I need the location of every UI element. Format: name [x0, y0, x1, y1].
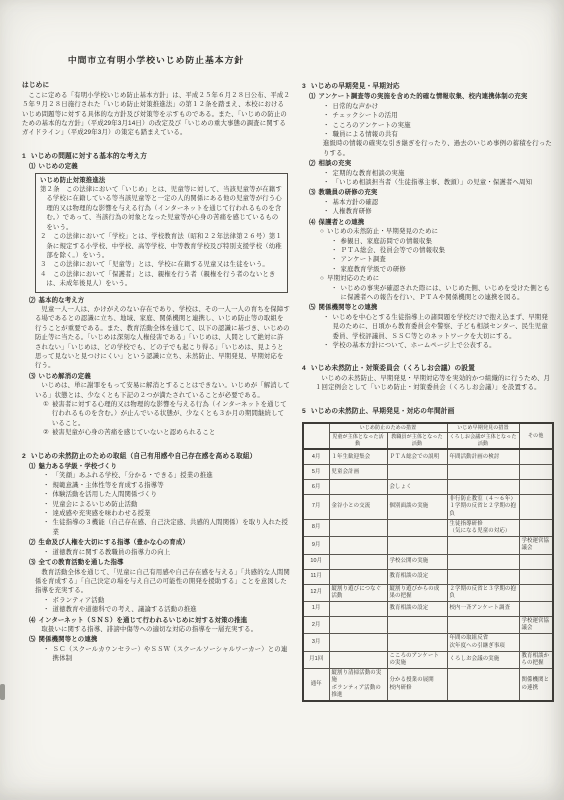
plan-staff-cell: 分かる授業の展開 校内研修 [387, 669, 447, 701]
plan-other-cell [519, 519, 553, 536]
item-text: 保護者との連携 [319, 218, 365, 227]
item-marker: ・ [331, 265, 338, 274]
law-line: ４ この法律において「保護者」とは、親権を行う者（親権を行う者のないときは、未成… [40, 270, 283, 289]
plan-staff-cell: 会しょく [387, 480, 447, 495]
bullet-item: ・達成感や充実感を味わわせる授業 [43, 509, 290, 518]
item-text: 被害児童が心身の苦痛を感じていないと認められること [52, 428, 216, 437]
item-marker: ・ [43, 548, 50, 557]
table-row: 月1回こころのアンケートの実施くろしお会議の実施教育相談からの把握 [303, 651, 553, 668]
plan-kuroshio-cell: 非行防止教室（４～６年） １学期の反省と２学期の抱負 [447, 495, 519, 520]
item-text: いじめの未然防止のための取組（自己有用感や自己存在感を高める取組） [31, 452, 257, 461]
bullet-item: ・いじめを中心とする生徒指導上の諸問題を学校だけで抱え込まず、早期発見のために、… [323, 313, 554, 341]
item-marker: ○ [320, 227, 324, 236]
plan-other-cell [519, 465, 553, 480]
annual-plan-table-wrap: いじめ防止のための措置いじめ早期発見の措置その他児童が主体となった活動教職員が主… [302, 422, 554, 702]
item-marker: ・ [323, 341, 330, 350]
circle-item: ○早期対応のために [320, 274, 554, 283]
item-text: 被害者に対する心理的又は物理的な影響を与える行為（インターネットを通じて行われる… [52, 400, 290, 428]
subsection-heading: ⑷保護者との連携 [309, 218, 554, 227]
table-row: 12月縦割り遊びにつなぐ活動縦割り遊びからの成果の把握２学期の反省と３学期の抱負 [303, 584, 553, 601]
item-text: ボランティア活動 [53, 596, 105, 605]
plan-other-cell: 関係機関との連携 [519, 669, 553, 701]
plan-other-cell [519, 480, 553, 495]
plan-staff-cell: 個別面談の実施 [387, 495, 447, 520]
item-text: ＰＴＡ総会、役員会等での情報収集 [341, 246, 446, 255]
section-heading: 4いじめ未然防止・対策委員会（くろしお会議）の設置 [302, 364, 554, 373]
item-text: 関係機関等との連携 [319, 303, 378, 312]
subsection-heading: ⑸関係機関等との連携 [309, 303, 554, 312]
plan-kuroshio-cell: 生徒指導研修 （気になる児童の対応） [447, 519, 519, 536]
item-marker: ⑵ [29, 538, 36, 547]
plan-children-cell: 児童会計画 [329, 465, 387, 480]
item-text: いじめの未然防止・早期発見のために [327, 227, 438, 236]
paragraph: 児童一人一人は、かけがえのない存在であり、学校は、その一人一人の育ちを保障する場… [35, 305, 290, 371]
bullet-item: ・日常的な声かけ [323, 102, 554, 111]
bullet-item: ・道徳教育に関する教職員の指導力の向上 [43, 548, 290, 557]
right-column: 3いじめの早期発見・早期対応⑴アンケート調査等の実施を含めた的確な情報収集、校内… [302, 56, 554, 702]
item-text: 早期対応のために [327, 274, 379, 283]
sub-bullet-item: ・参観日、家庭訪問での情報収集 [331, 237, 554, 246]
table-row: 6月会しょく [303, 480, 553, 495]
plan-children-cell [329, 634, 387, 651]
item-text: チェックシートの活用 [333, 111, 398, 120]
item-marker: ⑸ [29, 635, 36, 644]
item-marker: ・ [43, 490, 50, 499]
item-text: いじめの事実が確認された際には、いじめた側、いじめを受けた側ともに保護者への報告… [341, 284, 554, 303]
circle-item: ○いじめの未然防止・早期発見のために [320, 227, 554, 236]
other-header: その他 [519, 423, 553, 449]
subsection-heading: ⑵相談の充実 [309, 159, 554, 168]
item-text: 道徳教育に関する教職員の指導力の向上 [53, 548, 171, 557]
item-text: 規範意識・主体性等を育成する指導等 [53, 481, 164, 490]
month-header [303, 423, 329, 449]
plan-kuroshio-cell [447, 480, 519, 495]
item-marker: ・ [43, 500, 50, 509]
plan-other-cell: 教育相談からの把握 [519, 651, 553, 668]
plan-kuroshio-cell [447, 569, 519, 584]
table-row: 3月年間の取組反省 次年度への引継ぎ事項 [303, 634, 553, 651]
plan-children-cell: 縦割り遊びにつなぐ活動 [329, 584, 387, 601]
plan-month: 月1回 [303, 651, 329, 668]
item-marker: ・ [323, 169, 330, 178]
detection-group-header: いじめ早期発見の措置 [447, 423, 519, 433]
bullet-item: ・児童会によるいじめ防止活動 [43, 500, 290, 509]
item-text: アンケート調査 [341, 255, 386, 264]
item-marker: ・ [323, 130, 330, 139]
section-heading: 3いじめの早期発見・早期対応 [302, 82, 554, 91]
law-line: 第２条 この法律において「いじめ」とは、児童等に対して、当該児童等が在籍する学校… [40, 185, 283, 232]
plan-kuroshio-cell: ２学期の反省と３学期の抱負 [447, 584, 519, 601]
plan-staff-cell: 学校公開の実施 [387, 554, 447, 569]
document-page: 中間市立有明小学校いじめ防止基本方針 はじめにここに定める「有明小学校いじめ防止… [0, 0, 564, 702]
plan-kuroshio-cell [447, 617, 519, 634]
table-row: 1月教育相談の設定校内一斉アンケート調査 [303, 602, 553, 617]
item-text: 生命及び人権を大切にする指導（豊かな心の育成） [39, 538, 189, 547]
document-title: 中間市立有明小学校いじめ防止基本方針 [22, 56, 290, 65]
item-marker: ・ [323, 198, 330, 207]
item-text: いじめの未然防止、早期発見・対応の年間計画 [311, 407, 455, 416]
paragraph: 進級時の情報の確実な引き継ぎを行ったり、過去のいじめ事例の蓄積を行ったりする。 [323, 139, 554, 158]
plan-children-cell: 金谷小との交流 [329, 495, 387, 520]
section-heading: 1いじめの問題に対する基本的な考え方 [22, 152, 290, 161]
plan-kuroshio-cell: 年間活動計画の検討 [447, 449, 519, 465]
bullet-item: ・人権教育研修 [323, 207, 554, 216]
plan-staff-cell [387, 537, 447, 554]
item-text: 体験活動を活用した人間関係づくり [53, 490, 158, 499]
bullet-item: ・「笑顔」あふれる学校、「分かる・できる」授業の推進 [43, 471, 290, 480]
plan-month: 12月 [303, 584, 329, 601]
plan-month: 11月 [303, 569, 329, 584]
plan-staff-cell [387, 519, 447, 536]
plan-children-cell [329, 554, 387, 569]
left-column-text: はじめにここに定める「有明小学校いじめ防止基本方針」は、平成２５年６月２８日公布… [22, 81, 290, 663]
plan-staff-cell [387, 617, 447, 634]
item-marker: ・ [331, 255, 338, 264]
item-marker: ⑴ [309, 92, 316, 101]
bullet-item: ・生徒指導の３機能（自己存在感、自己決定感、共感的人間関係）を取り入れた授業 [43, 518, 290, 537]
plan-kuroshio-cell [447, 669, 519, 701]
paragraph: ここに定める「有明小学校いじめ防止基本方針」は、平成２５年６月２８日公布、平成２… [22, 91, 290, 138]
plan-month: 1月 [303, 602, 329, 617]
item-text: 「笑顔」あふれる学校、「分かる・できる」授業の推進 [53, 471, 213, 480]
item-marker: ・ [331, 237, 338, 246]
item-marker: ・ [331, 246, 338, 255]
item-text: 学校の基本方針について、ホームページ上で公表する。 [333, 341, 496, 350]
plan-month: 8月 [303, 519, 329, 536]
numbered-item: ①被害者に対する心理的又は物理的な影響を与える行為（インターネットを通じて行われ… [43, 400, 290, 428]
item-marker: 4 [302, 364, 306, 373]
item-text: アンケート調査等の実施を含めた的確な情報収集、校内連携体制の充実 [319, 92, 528, 101]
staff-led-header: 教職員が主体となった活動 [387, 433, 447, 449]
plan-staff-cell [387, 634, 447, 651]
plan-other-cell [519, 602, 553, 617]
item-marker: ・ [43, 518, 50, 537]
plan-kuroshio-cell: くろしお会議の実施 [447, 651, 519, 668]
item-marker: ・ [43, 471, 50, 480]
table-row: 通年縦割り清掃活動の実施 ボランティア活動の推進分かる授業の展開 校内研修関係機… [303, 669, 553, 701]
plan-staff-cell: 縦割り遊びからの成果の把握 [387, 584, 447, 601]
bullet-item: ・基本方針の確認 [323, 198, 554, 207]
bullet-item: ・職員による情報の共有 [323, 130, 554, 139]
item-marker: ⑷ [309, 218, 316, 227]
plan-children-cell: 縦割り清掃活動の実施 ボランティア活動の推進 [329, 669, 387, 701]
item-marker: ⑶ [29, 558, 36, 567]
item-marker: 3 [302, 82, 306, 91]
item-marker: ・ [43, 481, 50, 490]
bullet-item: ・定期的な教育相談の実施 [323, 169, 554, 178]
bullet-item: ・道徳教育や道徳科での考え、議論する活動の推進 [43, 605, 290, 614]
law-title: いじめ防止対策推進法 [40, 176, 283, 185]
plan-staff-cell: 教育相談の設定 [387, 602, 447, 617]
plan-children-cell [329, 569, 387, 584]
plan-staff-cell: こころのアンケートの実施 [387, 651, 447, 668]
plan-children-cell [329, 651, 387, 668]
item-marker: ・ [43, 605, 50, 614]
left-column: 中間市立有明小学校いじめ防止基本方針 はじめにここに定める「有明小学校いじめ防止… [22, 56, 290, 702]
bullet-item: ・こころのアンケートの実施 [323, 121, 554, 130]
bullet-item: ・チェックシートの活用 [323, 111, 554, 120]
item-marker: ⑸ [309, 303, 316, 312]
plan-kuroshio-cell [447, 537, 519, 554]
item-marker: ・ [323, 121, 330, 130]
plan-children-cell: １年生歓迎集会 [329, 449, 387, 465]
paragraph: いじめは、単に謝罪をもって安易に解消とすることはできない。いじめが「解消している… [35, 381, 290, 400]
table-row: 2月学校運営協議会 [303, 617, 553, 634]
item-text: 基本方針の確認 [333, 198, 379, 207]
sub-bullet-item: ・家庭教育学級での研修 [331, 265, 554, 274]
item-text: 道徳教育や道徳科での考え、議論する活動の推進 [53, 605, 197, 614]
plan-other-cell [519, 634, 553, 651]
item-text: 日常的な声かけ [333, 102, 379, 111]
item-text: 全ての教育活動を通した指導 [39, 558, 124, 567]
bullet-item: ・学校の基本方針について、ホームページ上で公表する。 [323, 341, 554, 350]
bullet-item: ・体験活動を活用した人間関係づくり [43, 490, 290, 499]
item-text: 家庭教育学級での研修 [341, 265, 406, 274]
table-row: 4月１年生歓迎集会ＰＴＡ総会での説明年間活動計画の検討 [303, 449, 553, 465]
law-line: ３ この法律において「児童等」とは、学校に在籍する児童又は生徒をいう。 [40, 260, 283, 269]
item-text: いじめの早期発見・早期対応 [311, 82, 400, 91]
plan-kuroshio-cell [447, 554, 519, 569]
sub-bullet-item: ・アンケート調査 [331, 255, 554, 264]
subsection-heading: ⑴アンケート調査等の実施を含めた的確な情報収集、校内連携体制の充実 [309, 92, 554, 101]
children-led-header: 児童が主体となった活動 [329, 433, 387, 449]
item-marker: 1 [22, 152, 26, 161]
paragraph: 教育活動全体を通じて、「児童に自己有用感や自己存在感を与える」「共感的な人間関係… [35, 568, 290, 596]
item-text: いじめ解消の定義 [39, 372, 91, 381]
item-text: いじめの定義 [39, 162, 78, 171]
section-heading: 2いじめの未然防止のための取組（自己有用感や自己存在感を高める取組） [22, 452, 290, 461]
plan-children-cell [329, 480, 387, 495]
plan-staff-cell [387, 465, 447, 480]
plan-other-cell: 学校運営協議会 [519, 617, 553, 634]
table-row: 11月教育相談の設定 [303, 569, 553, 584]
subsection-heading: ⑸関係機関等との連携 [29, 635, 290, 644]
plan-month: 7月 [303, 495, 329, 520]
item-text: 「いじめ相談担当者（生徒指導主事、教頭）」の児童・保護者へ周知 [333, 178, 533, 187]
subsection-heading: ⑶全ての教育活動を通した指導 [29, 558, 290, 567]
item-text: 職員による情報の共有 [333, 130, 398, 139]
item-text: 人権教育研修 [333, 207, 372, 216]
item-text: いじめ未然防止・対策委員会（くろしお会議）の設置 [311, 364, 475, 373]
item-marker: ⑴ [29, 462, 36, 471]
right-column-text: 3いじめの早期発見・早期対応⑴アンケート調査等の実施を含めた的確な情報収集、校内… [302, 82, 554, 416]
sub-bullet-item: ・いじめの事実が確認された際には、いじめた側、いじめを受けた側ともに保護者への報… [331, 284, 554, 303]
law-line: ２ この法律において「学校」とは、学校教育法（昭和２２年法律第２６号）第１条に規… [40, 232, 283, 260]
bullet-item: ・ＳＣ（スクールカウンセラー）やＳＳＷ（スクールソーシャルワーカー）との連携体制 [43, 645, 290, 664]
plan-other-cell [519, 495, 553, 520]
plan-other-cell [519, 449, 553, 465]
subsection-heading: ⑷インターネット（ＳＮＳ）を通じて行われるいじめに対する対策の推進 [29, 616, 290, 625]
section-heading: 5いじめの未然防止、早期発見・対応の年間計画 [302, 407, 554, 416]
item-marker: ○ [320, 274, 324, 283]
item-marker: ⑶ [29, 372, 36, 381]
plan-month: 6月 [303, 480, 329, 495]
plan-month: 10月 [303, 554, 329, 569]
item-marker: ① [43, 400, 49, 428]
item-text: 関係機関等との連携 [39, 635, 98, 644]
table-row: 10月学校公開の実施 [303, 554, 553, 569]
item-text: こころのアンケートの実施 [333, 121, 411, 130]
table-row: 7月金谷小との交流個別面談の実施非行防止教室（４～６年） １学期の反省と２学期の… [303, 495, 553, 520]
item-text: 相談の充実 [319, 159, 352, 168]
subsection-heading: ⑶教職員の研修の充実 [309, 188, 554, 197]
item-marker: ・ [323, 178, 330, 187]
item-text: 教職員の研修の充実 [319, 188, 378, 197]
subsection-heading: ⑶いじめ解消の定義 [29, 372, 290, 381]
paragraph: いじめの未然防止、早期発見・早期対応等を実効的かつ組織的に行うため、月１回定例会… [315, 374, 554, 393]
item-marker: ⑶ [309, 188, 316, 197]
table-row: 8月生徒指導研修 （気になる児童の対応） [303, 519, 553, 536]
item-text: いじめの問題に対する基本的な考え方 [31, 152, 147, 161]
item-marker: 2 [22, 452, 26, 461]
item-marker: ・ [323, 111, 330, 120]
plan-month: 4月 [303, 449, 329, 465]
item-text: 参観日、家庭訪問での情報収集 [341, 237, 433, 246]
item-marker: ⑵ [29, 296, 36, 305]
item-marker: ・ [43, 509, 50, 518]
item-text: 基本的な考え方 [39, 296, 85, 305]
subsection-heading: ⑵基本的な考え方 [29, 296, 290, 305]
plan-other-cell [519, 584, 553, 601]
plan-other-cell [519, 569, 553, 584]
item-marker: ⑷ [29, 616, 36, 625]
item-marker: ・ [323, 313, 330, 341]
item-marker: 5 [302, 407, 306, 416]
bullet-item: ・規範意識・主体性等を育成する指導等 [43, 481, 290, 490]
paragraph: 取扱いに関する指導、誹謗中傷等への適切な対応の指導を一層充実する。 [35, 625, 290, 634]
table-row: 9月学校運営協議会 [303, 537, 553, 554]
plan-kuroshio-cell: 年間の取組反省 次年度への引継ぎ事項 [447, 634, 519, 651]
section-heading: はじめに [22, 81, 290, 90]
bullet-item: ・ボランティア活動 [43, 596, 290, 605]
bullet-item: ・「いじめ相談担当者（生徒指導主事、教頭）」の児童・保護者へ周知 [323, 178, 554, 187]
plan-other-cell: 学校運営協議会 [519, 537, 553, 554]
plan-other-cell [519, 554, 553, 569]
subsection-heading: ⑵生命及び人権を大切にする指導（豊かな心の育成） [29, 538, 290, 547]
item-marker: ・ [323, 102, 330, 111]
item-text: ＳＣ（スクールカウンセラー）やＳＳＷ（スクールソーシャルワーカー）との連携体制 [53, 645, 290, 664]
item-text: 生徒指導の３機能（自己存在感、自己決定感、共感的人間関係）を取り入れた授業 [53, 518, 290, 537]
item-text: インターネット（ＳＮＳ）を通じて行われるいじめに対する対策の推進 [39, 616, 248, 625]
item-text: 達成感や充実感を味わわせる授業 [53, 509, 151, 518]
item-marker: ・ [323, 207, 330, 216]
item-text: 児童会によるいじめ防止活動 [53, 500, 138, 509]
item-marker: ⑴ [29, 162, 36, 171]
plan-kuroshio-cell [447, 465, 519, 480]
item-marker: ・ [43, 645, 50, 664]
plan-staff-cell: 教育相談の設定 [387, 569, 447, 584]
plan-children-cell [329, 519, 387, 536]
plan-month: 3月 [303, 634, 329, 651]
plan-children-cell [329, 537, 387, 554]
plan-children-cell [329, 602, 387, 617]
law-quote-box: いじめ防止対策推進法第２条 この法律において「いじめ」とは、児童等に対して、当該… [35, 173, 288, 293]
item-marker: ② [43, 428, 49, 437]
item-text: 魅力ある学級・学校づくり [39, 462, 118, 471]
plan-month: 5月 [303, 465, 329, 480]
annual-plan-table: いじめ防止のための措置いじめ早期発見の措置その他児童が主体となった活動教職員が主… [302, 422, 554, 702]
sub-bullet-item: ・ＰＴＡ総会、役員会等での情報収集 [331, 246, 554, 255]
plan-month: 通年 [303, 669, 329, 701]
table-row: 5月児童会計画 [303, 465, 553, 480]
numbered-item: ②被害児童が心身の苦痛を感じていないと認められること [43, 428, 290, 437]
plan-staff-cell: ＰＴＡ総会での説明 [387, 449, 447, 465]
plan-month: 2月 [303, 617, 329, 634]
item-text: いじめを中心とする生徒指導上の諸問題を学校だけで抱え込まず、早期発見のために、日… [333, 313, 554, 341]
subsection-heading: ⑴いじめの定義 [29, 162, 290, 171]
kuroshio-led-header: くろしお会議が主体となった活動 [447, 433, 519, 449]
item-marker: ・ [331, 284, 338, 303]
plan-children-cell [329, 617, 387, 634]
plan-month: 9月 [303, 537, 329, 554]
subsection-heading: ⑴魅力ある学級・学校づくり [29, 462, 290, 471]
item-marker: ⑵ [309, 159, 316, 168]
item-marker: ・ [43, 596, 50, 605]
prevention-group-header: いじめ防止のための措置 [329, 423, 447, 433]
item-text: 定期的な教育相談の実施 [333, 169, 405, 178]
plan-kuroshio-cell: 校内一斉アンケート調査 [447, 602, 519, 617]
